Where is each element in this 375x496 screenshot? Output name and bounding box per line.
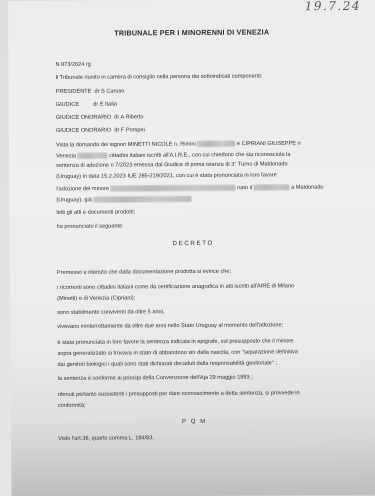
petition-line-1: Vista la domanda dei signori MINETTI NIC… xyxy=(56,140,301,149)
panel-member-honorary-2: GIUDICE ONORARIO dr F Pompei xyxy=(56,128,145,134)
petition-line-3: sentenza di adozione n 7/2023 emessa dal… xyxy=(56,162,287,169)
finding-4-line-2: sopra generalizzato si trovava in stato … xyxy=(57,350,298,357)
panel-member-president: PRESIDENTE dr S Caruso xyxy=(56,89,125,95)
panel-member-honorary-1: GIUDICE ONORARIO dr A Riberto xyxy=(56,115,144,121)
petition-line-5: l'adozione del minore nato il a Maldonad… xyxy=(56,184,323,193)
premise-text: Premesso e ritenuto che dalla documentaz… xyxy=(57,270,231,277)
finding-1-line-1: i ricorrenti sono cittadini italiani com… xyxy=(57,284,294,291)
finding-5: la sentenza è conforme ai principi della… xyxy=(58,376,253,383)
panel-name: dr A Riberto xyxy=(114,114,143,120)
read-documents: letti gli atti e documenti prodotti; xyxy=(56,210,135,216)
petition-line-6: (Uruguay), già xyxy=(56,196,191,204)
finding-6-line-1: ritenuti pertanto sussistenti i presuppo… xyxy=(58,391,300,398)
panel-role: GIUDICE ONORARIO xyxy=(56,115,111,121)
finding-4-line-3: dai genitori biologici i quali sono stat… xyxy=(58,361,277,368)
pronounced-text: ha pronunciato il seguente xyxy=(57,224,123,230)
panel-name: dr S Caruso xyxy=(94,88,124,94)
petition-text: Vista la domanda dei signori MINETTI NIC… xyxy=(56,141,196,148)
redaction xyxy=(78,153,108,159)
panel-role: GIUDICE xyxy=(56,103,92,109)
petition-text: l'adozione del minore xyxy=(56,186,109,192)
panel-name: dr E Italia xyxy=(93,102,117,108)
case-number: N 973/2024 rg xyxy=(55,63,90,69)
finding-1-line-2: (Minetti) e di Venezia (Cipriani); xyxy=(57,296,135,302)
finding-2: sono stabilmente conviventi da oltre 5 a… xyxy=(57,310,164,316)
petition-line-2: Venezia cittadini italiani iscritti all'… xyxy=(56,151,290,160)
petition-text: a Maldonado xyxy=(291,185,323,191)
finding-4-line-1: è stata pronunciata in loro favore la se… xyxy=(57,339,293,346)
intro-text: Il Tribunale riunito in camera di consig… xyxy=(56,75,263,82)
handwritten-date: 19.7.24 xyxy=(305,0,361,13)
redaction xyxy=(111,185,236,192)
petition-text: e CIPRIANI GIUSEPPE n xyxy=(237,141,301,147)
panel-member-judge: GIUDICE dr E Italia xyxy=(56,103,117,109)
petition-text: cittadini italiani iscritti all'A.I.R.E.… xyxy=(109,152,290,159)
finding-3: vivevano ininterrottamente da oltre due … xyxy=(57,323,283,330)
finding-6-line-2: conformità; xyxy=(58,404,86,410)
redaction xyxy=(254,184,290,190)
petition-line-4: (Uruguay) in data 15.2.2023 IUE 285-219/… xyxy=(56,173,277,180)
document-page: 19.7.24 TRIBUNALE PER I MINORENNI DI VEN… xyxy=(8,0,375,496)
panel-role: GIUDICE ONORARIO xyxy=(56,128,111,134)
petition-text: (Uruguay), già xyxy=(56,197,91,203)
court-title: TRIBUNALE PER I MINORENNI DI VENEZIA xyxy=(8,27,375,39)
page-shadow xyxy=(11,415,375,496)
petition-text: Venezia xyxy=(56,153,76,159)
panel-role: PRESIDENTE xyxy=(56,89,92,95)
panel-name: dr F Pompei xyxy=(114,127,145,133)
petition-text: nato il xyxy=(237,185,252,191)
redaction xyxy=(93,196,191,203)
redaction xyxy=(197,141,235,147)
decree-title: DECRETO xyxy=(10,240,375,249)
